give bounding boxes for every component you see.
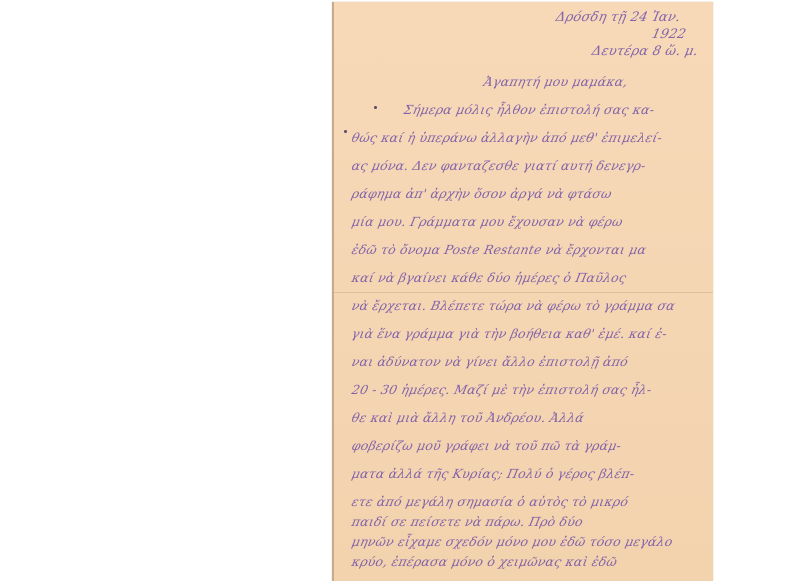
- ink-dot: [374, 106, 377, 109]
- letter-page: Δρόσδη τῇ 24 Ἰαν. 1922 Δευτέρα 8 ὥ. μ. Ἀ…: [332, 2, 713, 581]
- body-line: γιὰ ἕνα γράμμα γιὰ τὴν βοήθεια καθ' ἐμέ.…: [350, 326, 668, 341]
- body-line: παιδί σε πείσετε νὰ πάρω. Πρὸ δύο: [350, 514, 584, 529]
- body-line: μία μου. Γράμματα μου ἔχουσαν νὰ φέρω: [350, 214, 624, 229]
- header-place-date: Δρόσδη τῇ 24 Ἰαν.: [554, 10, 681, 25]
- body-line: κρύο, ἐπέρασα μόνο ὁ χειμῶνας καὶ ἐδῶ: [350, 554, 618, 569]
- body-line: Σήμερα μόλις ἦλθον ἐπιστολή σας κα-: [402, 102, 656, 117]
- ink-dot: [344, 130, 347, 133]
- body-line: θε καὶ μιὰ ἄλλη τοῦ Ἀνδρέου. Ἀλλά: [350, 410, 585, 425]
- paper-fold-line: [334, 292, 713, 293]
- body-line: ἐδῶ τὸ ὄνομα Poste Restante νὰ ἔρχονται …: [350, 242, 648, 257]
- body-line: θώς καί ἡ ὑπεράνω ἀλλαγὴν ἀπό μεθ' ἐπιμε…: [350, 130, 663, 145]
- body-line: μηνῶν εἶχαμε σχεδόν μόνο μου ἐδῶ τόσο με…: [350, 534, 674, 549]
- header-day: Δευτέρα 8 ὥ. μ.: [590, 44, 699, 59]
- header-year: 1922: [650, 27, 687, 42]
- body-line: ματα ἀλλά τῆς Κυρίας; Πολύ ὁ γέρος βλέπ-: [350, 466, 636, 481]
- body-line: καί νὰ βγαίνει κάθε δύο ἡμέρες ὁ Παῦλος: [350, 270, 627, 285]
- body-line: ετε ἀπό μεγάλη σημασία ὁ αὐτὸς τὸ μικρό: [350, 494, 629, 509]
- body-line: 20 - 30 ἡμέρες. Μαζί μὲ τὴν ἐπιστολή σας…: [350, 382, 653, 397]
- body-line: νὰ ἔρχεται. Βλέπετε τώρα νὰ φέρω τὸ γράμ…: [350, 298, 676, 313]
- salutation: Ἀγαπητή μου μαμάκα,: [482, 74, 629, 89]
- body-line: ας μόνα. Δεν φανταζεσθε γιατί αυτή δενεγ…: [350, 158, 647, 173]
- body-line: ναι ἀδύνατον νὰ γίνει ἄλλο ἐπιστολῇ ἀπό: [350, 354, 629, 369]
- body-line: φοβερίζω μοῦ γράφει νὰ τοῦ πῶ τὰ γράμ-: [350, 438, 622, 453]
- body-line: ράφημα ἀπ' ἀρχὴν ὅσον ἀργά νὰ φτάσω: [350, 186, 613, 201]
